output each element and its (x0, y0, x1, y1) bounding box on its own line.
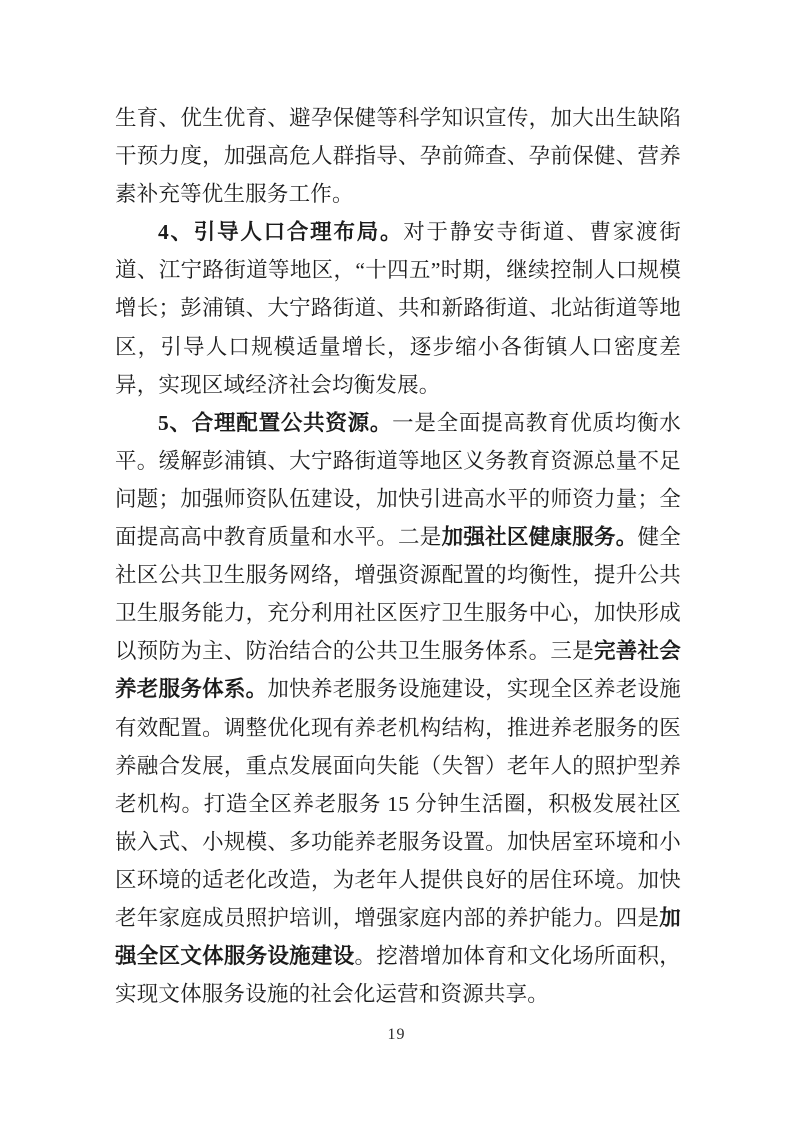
document-body: 生育、优生优育、避孕保健等科学知识宣传，加大出生缺陷干预力度，加强高危人群指导、… (115, 99, 681, 1013)
bold-heading-segment: 5、合理配置公共资源。 (158, 411, 392, 435)
paragraph-4-population-layout: 4、引导人口合理布局。对于静安寺街道、曹家渡街道、江宁路街道等地区，“十四五”时… (115, 213, 681, 403)
bold-heading-segment: 4、引导人口合理布局。 (158, 220, 403, 244)
page-number: 19 (0, 1024, 793, 1046)
text-segment: 加快养老服务设施建设，实现全区养老设施有效配置。调整优化现有养老机构结构，推进养… (115, 677, 681, 930)
paragraph-5-public-resources: 5、合理配置公共资源。一是全面提高教育优质均衡水平。缓解彭浦镇、大宁路街道等地区… (115, 404, 681, 1014)
text-segment: 对于静安寺街道、曹家渡街道、江宁路街道等地区，“十四五”时期，继续控制人口规模增… (115, 220, 681, 396)
bold-heading-segment: 加强社区健康服务。 (442, 525, 638, 549)
paragraph-eugenics-services: 生育、优生优育、避孕保健等科学知识宣传，加大出生缺陷干预力度，加强高危人群指导、… (115, 99, 681, 213)
text-segment: 生育、优生优育、避孕保健等科学知识宣传，加大出生缺陷干预力度，加强高危人群指导、… (115, 106, 681, 206)
document-page: 生育、优生优育、避孕保健等科学知识宣传，加大出生缺陷干预力度，加强高危人群指导、… (0, 0, 793, 1122)
